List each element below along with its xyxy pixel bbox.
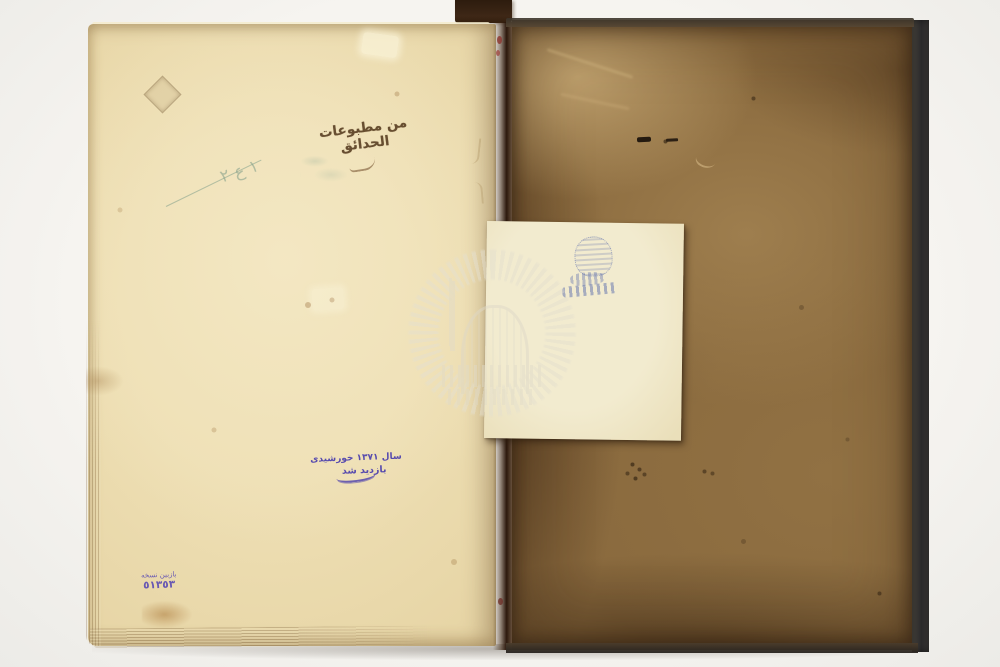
accession-number-stamp: بازبین نسخه ٥١٣٥٣: [128, 570, 191, 592]
photograph-background: من مطبوعات الحدائق ١ ع ٢ سال ۱۳۷۱ خورشید…: [0, 0, 1000, 667]
spine-red-fleck: [497, 36, 502, 44]
spine-headband-strap: [455, 0, 512, 23]
library-emblem-watermark: [406, 247, 578, 419]
watermark-kufic-band: [448, 389, 538, 405]
review-stamp-year: سال ۱۳۷۱ خورشیدی: [326, 452, 402, 465]
cover-board-edge-right: [912, 20, 929, 652]
accession-stamp-number: ٥١٣٥٣: [128, 578, 190, 592]
cover-board-edge-bottom: [506, 643, 918, 653]
spine-red-fleck: [498, 598, 503, 605]
page-stack-bottom-edge: [90, 625, 450, 648]
faint-pencil-marks: [300, 150, 348, 186]
leather-specks: [0, 0, 3, 3]
watermark-kufic-band: [442, 365, 544, 387]
cover-board-edge-top: [506, 18, 914, 27]
edge-stain: [86, 366, 124, 396]
leather-ink-mark: [637, 137, 651, 143]
spine-red-fleck: [496, 50, 500, 56]
foxing-stain: [142, 601, 192, 628]
light-patch: [311, 287, 344, 311]
watermark-minaret: [450, 281, 455, 351]
